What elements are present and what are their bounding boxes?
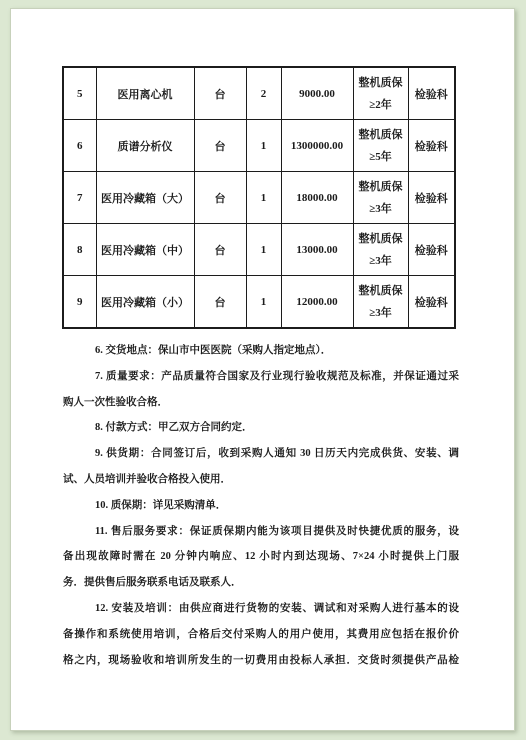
cell-warranty: 整机质保 ≥5年 <box>353 120 408 172</box>
cell-warranty: 整机质保 ≥3年 <box>353 224 408 276</box>
cell-price: 1300000.00 <box>281 120 353 172</box>
cell-name: 医用冷藏箱（小） <box>96 276 194 329</box>
cell-name: 医用冷藏箱（大） <box>96 172 194 224</box>
cell-warranty: 整机质保 ≥2年 <box>353 67 408 120</box>
cell-price: 18000.00 <box>281 172 353 224</box>
text-line: 9. 供货期：合同签订后，收到采购人通知 30 日历天内完成供货、安装、调 <box>63 441 459 467</box>
text-line: 格之内，现场验收和培训所发生的一切费用由投标人承担．交货时须提供产品检 <box>63 648 459 674</box>
text-line: 备操作和系统使用培训，合格后交付采购人的用户使用，其费用应包括在报价价 <box>63 622 459 648</box>
table-row: 8医用冷藏箱（中）台113000.00整机质保 ≥3年检验科 <box>63 224 455 276</box>
cell-unit: 台 <box>194 276 246 329</box>
procurement-items-table: 5医用离心机台29000.00整机质保 ≥2年检验科6质谱分析仪台1130000… <box>62 66 456 329</box>
cell-qty: 1 <box>246 120 281 172</box>
cell-qty: 1 <box>246 224 281 276</box>
cell-dept: 检验科 <box>408 276 455 329</box>
text-line: 11. 售后服务要求：保证质保期内能为该项目提供及时快捷优质的服务，设 <box>63 519 459 545</box>
text-line: 12. 安装及培训：由供应商进行货物的安装、调试和对采购人进行基本的设 <box>63 596 459 622</box>
cell-name: 医用离心机 <box>96 67 194 120</box>
cell-dept: 检验科 <box>408 224 455 276</box>
cell-unit: 台 <box>194 224 246 276</box>
text-line: 8. 付款方式：甲乙双方合同约定． <box>63 415 459 441</box>
table-row: 7医用冷藏箱（大）台118000.00整机质保 ≥3年检验科 <box>63 172 455 224</box>
document-page: 5医用离心机台29000.00整机质保 ≥2年检验科6质谱分析仪台1130000… <box>10 8 515 731</box>
cell-warranty: 整机质保 ≥3年 <box>353 172 408 224</box>
cell-unit: 台 <box>194 172 246 224</box>
cell-unit: 台 <box>194 120 246 172</box>
cell-price: 9000.00 <box>281 67 353 120</box>
table-row: 9医用冷藏箱（小）台112000.00整机质保 ≥3年检验科 <box>63 276 455 329</box>
text-line: 购人一次性验收合格． <box>63 390 459 416</box>
terms-text-block: 6. 交货地点：保山市中医医院（采购人指定地点）．7. 质量要求：产品质量符合国… <box>63 338 459 673</box>
document-viewport: { "colors": { "background": "#dce8d2", "… <box>0 0 526 740</box>
cell-num: 6 <box>63 120 96 172</box>
cell-num: 8 <box>63 224 96 276</box>
text-line: 6. 交货地点：保山市中医医院（采购人指定地点）． <box>63 338 459 364</box>
cell-price: 12000.00 <box>281 276 353 329</box>
table-body: 5医用离心机台29000.00整机质保 ≥2年检验科6质谱分析仪台1130000… <box>63 67 455 328</box>
text-line: 7. 质量要求：产品质量符合国家及行业现行验收规范及标准，并保证通过采 <box>63 364 459 390</box>
table-row: 6质谱分析仪台11300000.00整机质保 ≥5年检验科 <box>63 120 455 172</box>
cell-name: 医用冷藏箱（中） <box>96 224 194 276</box>
text-line: 务．提供售后服务联系电话及联系人． <box>63 570 459 596</box>
text-line: 试、人员培训并验收合格投入使用． <box>63 467 459 493</box>
cell-price: 13000.00 <box>281 224 353 276</box>
cell-num: 5 <box>63 67 96 120</box>
table-row: 5医用离心机台29000.00整机质保 ≥2年检验科 <box>63 67 455 120</box>
cell-name: 质谱分析仪 <box>96 120 194 172</box>
cell-warranty: 整机质保 ≥3年 <box>353 276 408 329</box>
cell-qty: 1 <box>246 276 281 329</box>
text-line: 10. 质保期：详见采购清单． <box>63 493 459 519</box>
cell-dept: 检验科 <box>408 120 455 172</box>
cell-dept: 检验科 <box>408 172 455 224</box>
cell-dept: 检验科 <box>408 67 455 120</box>
cell-qty: 1 <box>246 172 281 224</box>
cell-num: 7 <box>63 172 96 224</box>
text-line: 备出现故障时需在 20 分钟内响应、12 小时内到达现场、7×24 小时提供上门… <box>63 544 459 570</box>
cell-num: 9 <box>63 276 96 329</box>
cell-unit: 台 <box>194 67 246 120</box>
cell-qty: 2 <box>246 67 281 120</box>
